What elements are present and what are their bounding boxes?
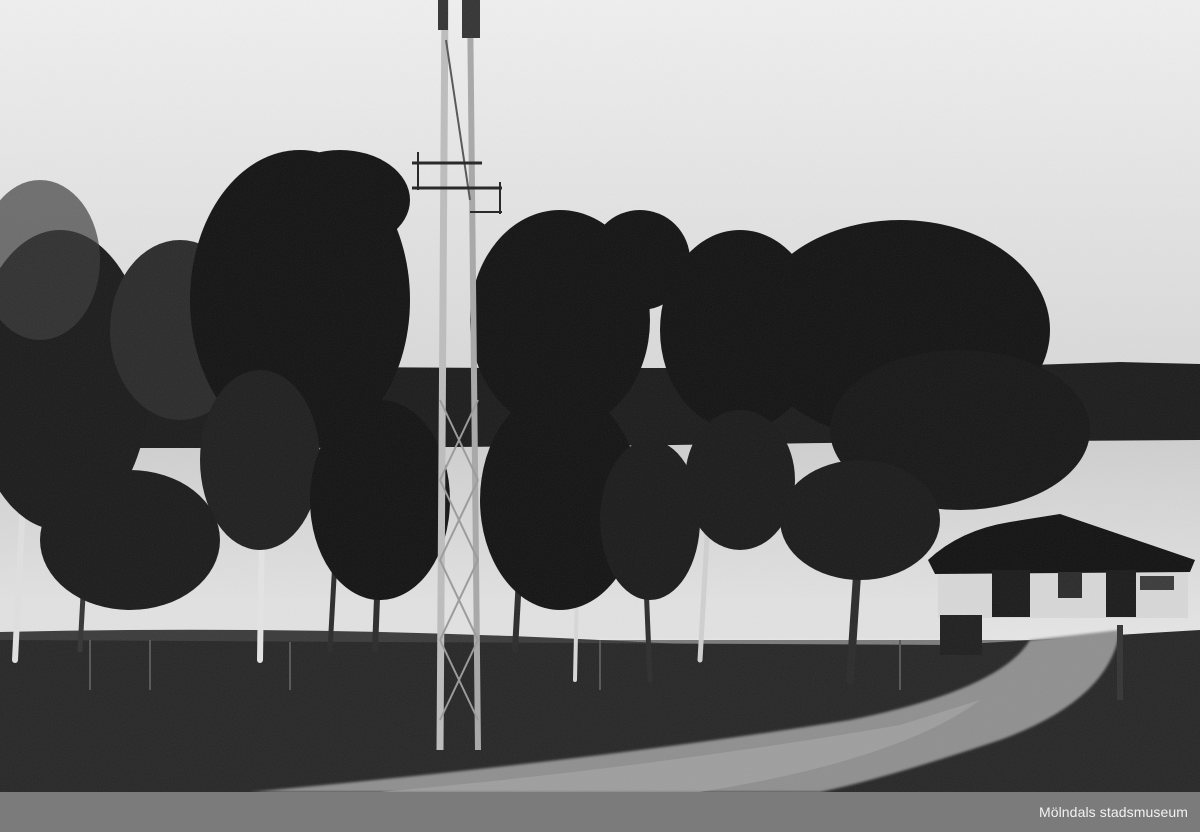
caption-bar: Mölndals stadsmuseum — [0, 792, 1200, 832]
image-viewer: Mölndals stadsmuseum — [0, 0, 1200, 832]
historical-photograph — [0, 0, 1200, 792]
museum-credit: Mölndals stadsmuseum — [1039, 804, 1188, 820]
